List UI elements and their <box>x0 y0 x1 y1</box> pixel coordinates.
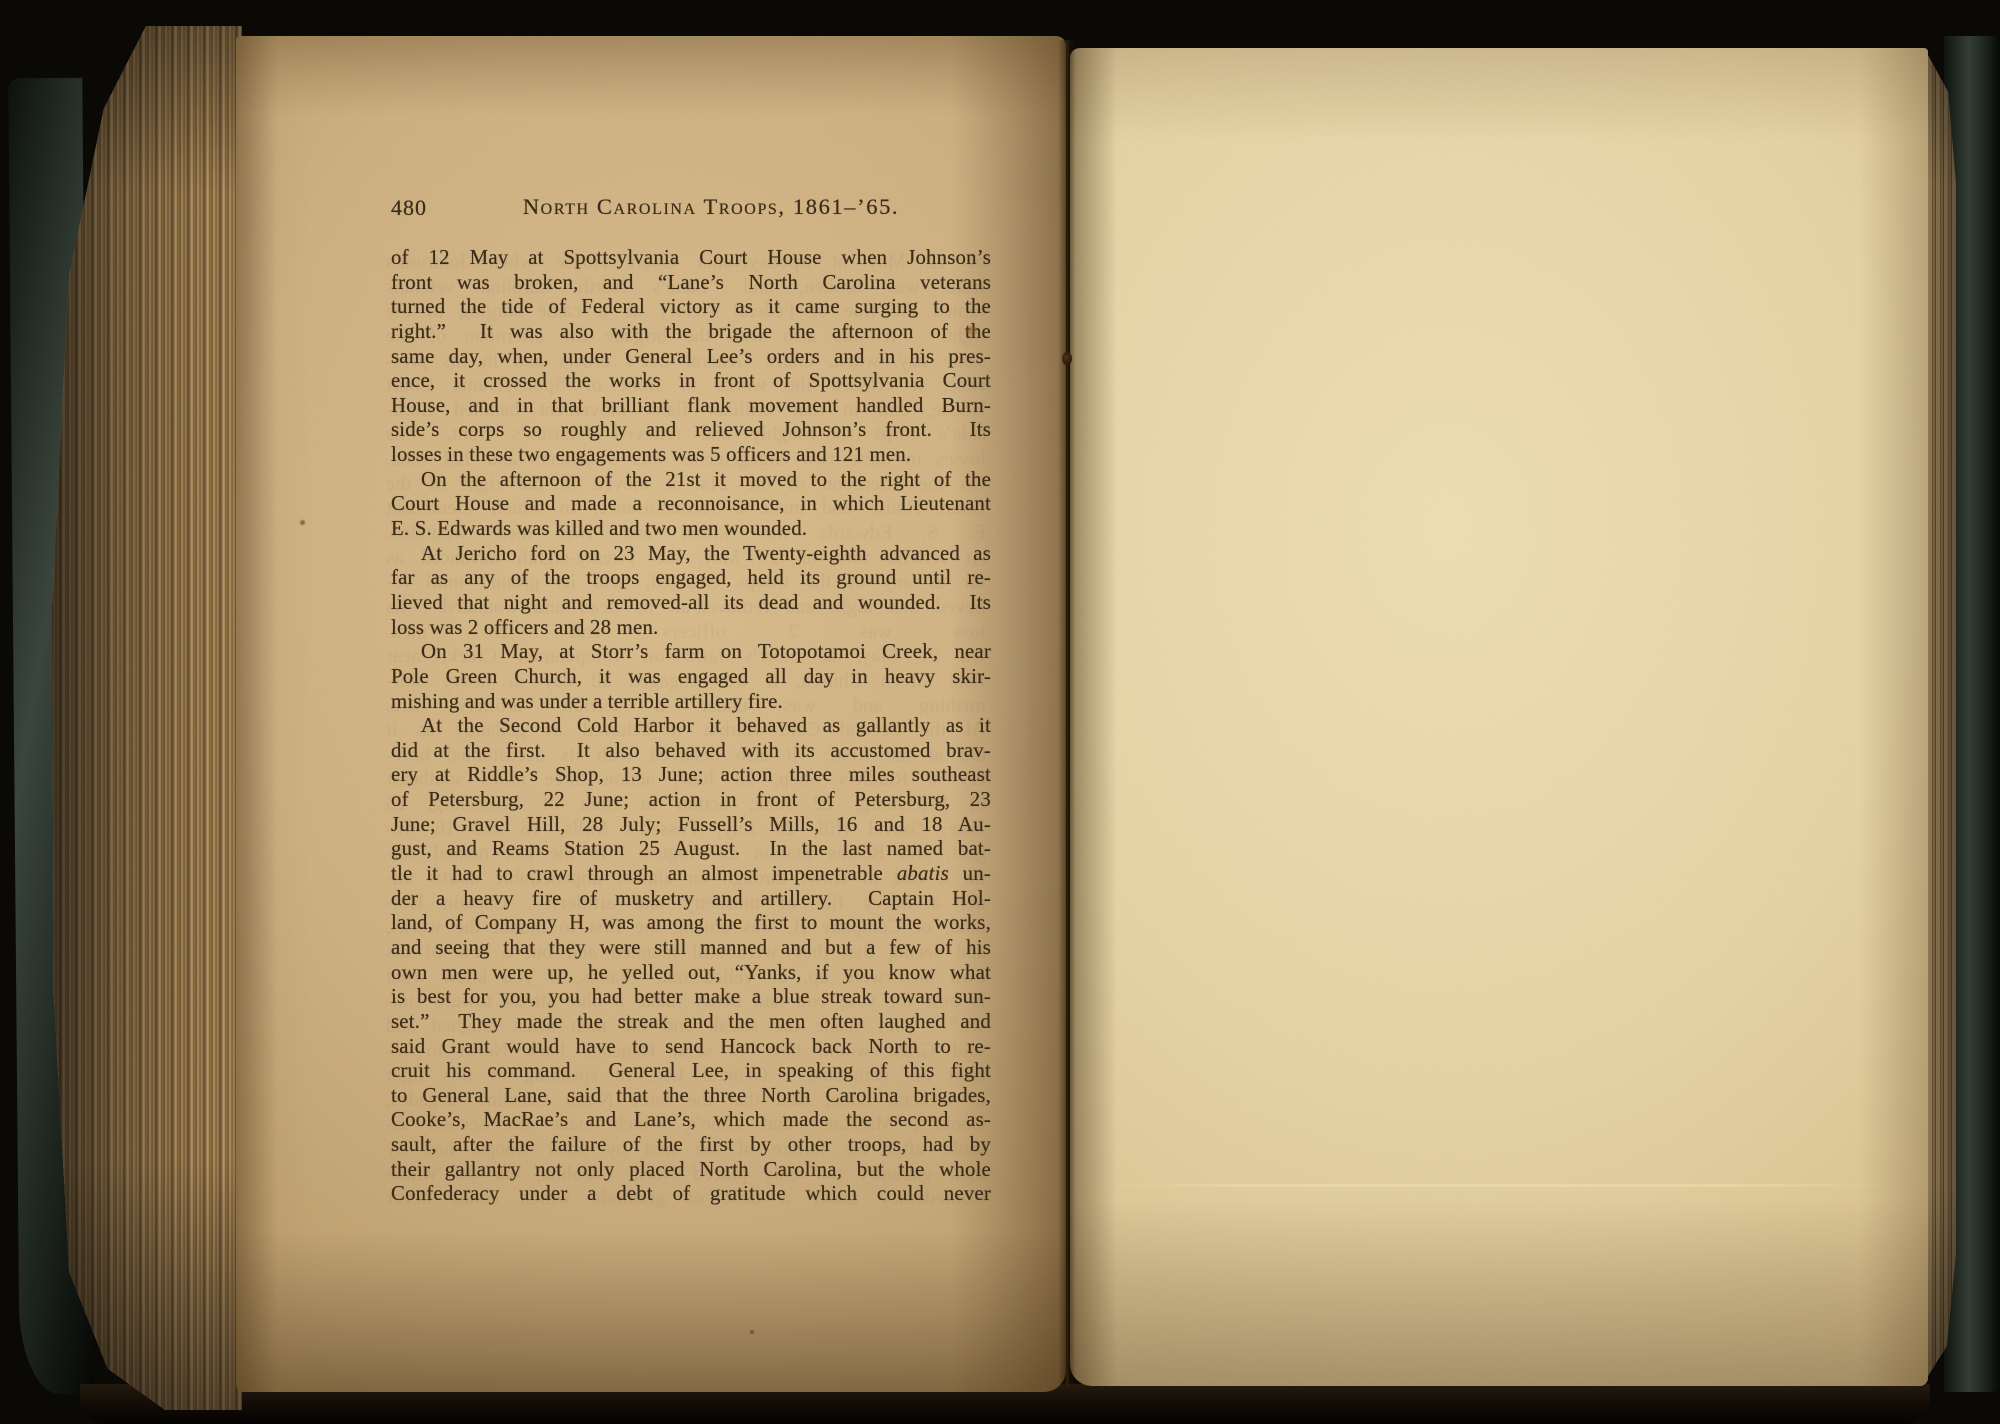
text-line: At the Second Cold Harbor it behaved as … <box>391 714 991 739</box>
text-line: is best for you, you had better make a b… <box>391 985 991 1010</box>
text-line: right.” It was also with the brigade the… <box>391 320 991 345</box>
paper-speck <box>966 326 977 335</box>
text-line: and seeing that they were still manned a… <box>391 936 991 961</box>
text-line: cruit his command. General Lee, in speak… <box>391 1059 991 1084</box>
text-line: front was broken, and “Lane’s North Caro… <box>391 271 991 296</box>
paper-speck <box>750 1330 754 1334</box>
body-text: of 12 May at Spottsylvania Court House w… <box>391 246 991 1207</box>
left-page: of 12 May at Spottsylvania Court House w… <box>236 36 1066 1392</box>
paper-speck <box>300 520 305 525</box>
text-line: mishing and was under a terrible artille… <box>391 690 991 715</box>
text-line: Court House and made a reconnoisance, in… <box>391 492 991 517</box>
text-line: House, and in that brilliant flank movem… <box>391 394 991 419</box>
text-line: far as any of the troops engaged, held i… <box>391 566 991 591</box>
text-line: own men were up, he yelled out, “Yanks, … <box>391 961 991 986</box>
text-column: 480 North Carolina Troops, 1861–’65. of … <box>391 194 991 1207</box>
running-header: 480 North Carolina Troops, 1861–’65. <box>391 194 991 224</box>
text-line: June; Gravel Hill, 28 July; Fussell’s Mi… <box>391 813 991 838</box>
text-line: ence, it crossed the works in front of S… <box>391 369 991 394</box>
running-head: North Carolina Troops, 1861–’65. <box>431 194 991 220</box>
book-gutter <box>1058 40 1076 1388</box>
text-line: sault, after the failure of the first by… <box>391 1133 991 1158</box>
text-line: said Grant would have to send Hancock ba… <box>391 1035 991 1060</box>
text-line: losses in these two engagements was 5 of… <box>391 443 991 468</box>
text-line: their gallantry not only placed North Ca… <box>391 1158 991 1183</box>
text-line: did at the first. It also behaved with i… <box>391 739 991 764</box>
text-line: Confederacy under a debt of gratitude wh… <box>391 1182 991 1207</box>
text-line: land, of Company H, was among the first … <box>391 911 991 936</box>
book-photo: of 12 May at Spottsylvania Court House w… <box>0 0 2000 1424</box>
text-line: Cooke’s, MacRae’s and Lane’s, which made… <box>391 1108 991 1133</box>
text-line: loss was 2 officers and 28 men. <box>391 616 991 641</box>
page-crease <box>1104 1184 1893 1187</box>
text-line: side’s corps so roughly and relieved Joh… <box>391 418 991 443</box>
text-line: der a heavy fire of musketry and artille… <box>391 887 991 912</box>
text-line: On the afternoon of the 21st it moved to… <box>391 468 991 493</box>
binding-stitch <box>1062 352 1072 365</box>
text-line: turned the tide of Federal victory as it… <box>391 295 991 320</box>
text-line: At Jericho ford on 23 May, the Twenty-ei… <box>391 542 991 567</box>
page-stack-left <box>50 26 242 1410</box>
text-line: ery at Riddle’s Shop, 13 June; action th… <box>391 763 991 788</box>
text-line: to General Lane, said that the three Nor… <box>391 1084 991 1109</box>
text-line: lieved that night and removed-all its de… <box>391 591 991 616</box>
text-line: of Petersburg, 22 June; action in front … <box>391 788 991 813</box>
text-line: same day, when, under General Lee’s orde… <box>391 345 991 370</box>
page-number: 480 <box>391 195 427 221</box>
text-line: E. S. Edwards was killed and two men wou… <box>391 517 991 542</box>
text-line: Pole Green Church, it was engaged all da… <box>391 665 991 690</box>
text-line: set.” They made the streak and the men o… <box>391 1010 991 1035</box>
text-line: gust, and Reams Station 25 August. In th… <box>391 837 991 862</box>
text-line: On 31 May, at Storr’s farm on Totopotamo… <box>391 640 991 665</box>
right-page <box>1070 48 1928 1386</box>
text-line: tle it had to crawl through an almost im… <box>391 862 991 887</box>
text-line: of 12 May at Spottsylvania Court House w… <box>391 246 991 271</box>
